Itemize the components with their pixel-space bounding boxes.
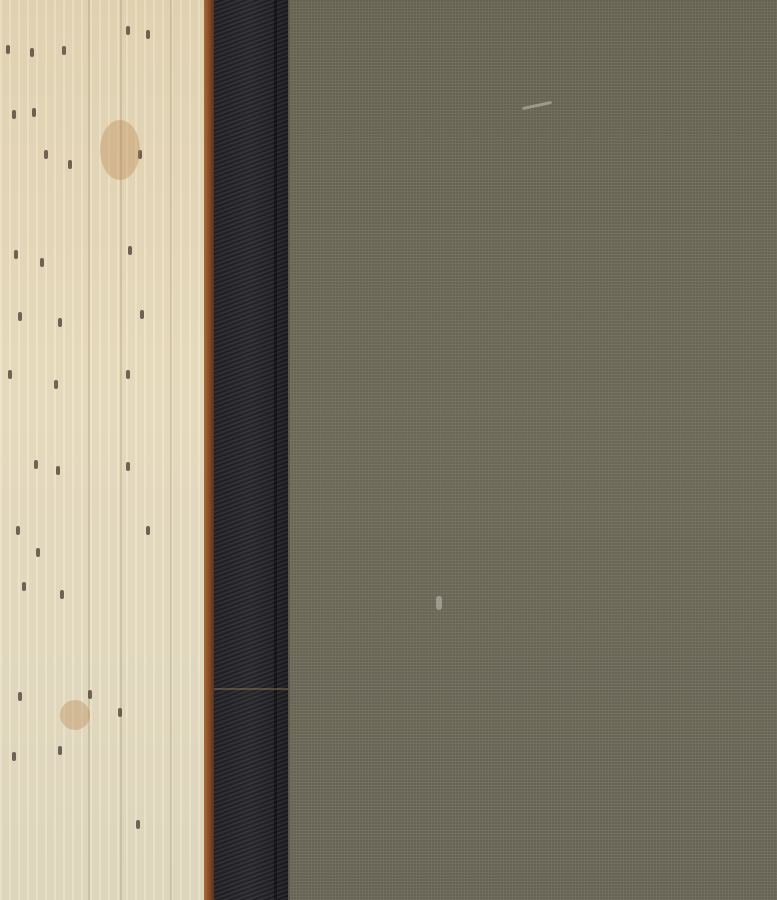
foxing-spot: [126, 370, 130, 379]
foxing-spot: [14, 250, 18, 259]
foxing-spot: [136, 820, 140, 829]
paper-crease: [88, 0, 90, 900]
foxing-spot: [58, 746, 62, 755]
foxing-spot: [58, 318, 62, 327]
foxing-spot: [88, 690, 92, 699]
foxing-spot: [62, 46, 66, 55]
foxing-spot: [146, 30, 150, 39]
paper-crease: [170, 0, 172, 900]
foxing-spot: [126, 462, 130, 471]
cover-scuff: [436, 596, 442, 610]
book-spine: [214, 0, 288, 900]
foxing-spot: [36, 548, 40, 557]
cloth-cover: [288, 0, 777, 900]
foxing-spot: [18, 692, 22, 701]
foxing-spot: [140, 310, 144, 319]
foxing-spot: [56, 466, 60, 475]
foxing-spot: [40, 258, 44, 267]
foxing-spot: [68, 160, 72, 169]
rust-stain: [60, 700, 90, 730]
foxing-spot: [44, 150, 48, 159]
foxing-spot: [6, 45, 10, 54]
foxing-spot: [18, 312, 22, 321]
foxing-spot: [32, 108, 36, 117]
foxing-spot: [30, 48, 34, 57]
rust-stain: [100, 120, 140, 180]
foxing-spot: [22, 582, 26, 591]
endpaper: [0, 0, 210, 900]
foxing-spot: [128, 246, 132, 255]
cover-scuff: [522, 101, 552, 110]
foxing-spot: [34, 460, 38, 469]
foxing-spot: [118, 708, 122, 717]
foxing-spot: [146, 526, 150, 535]
spine-band: [214, 688, 288, 690]
foxing-spot: [126, 26, 130, 35]
foxing-spot: [12, 110, 16, 119]
foxing-spot: [8, 370, 12, 379]
book-photo: [0, 0, 777, 900]
foxing-spot: [16, 526, 20, 535]
foxing-spot: [60, 590, 64, 599]
foxing-spot: [12, 752, 16, 761]
foxing-spot: [54, 380, 58, 389]
spine-ridge: [274, 0, 277, 900]
